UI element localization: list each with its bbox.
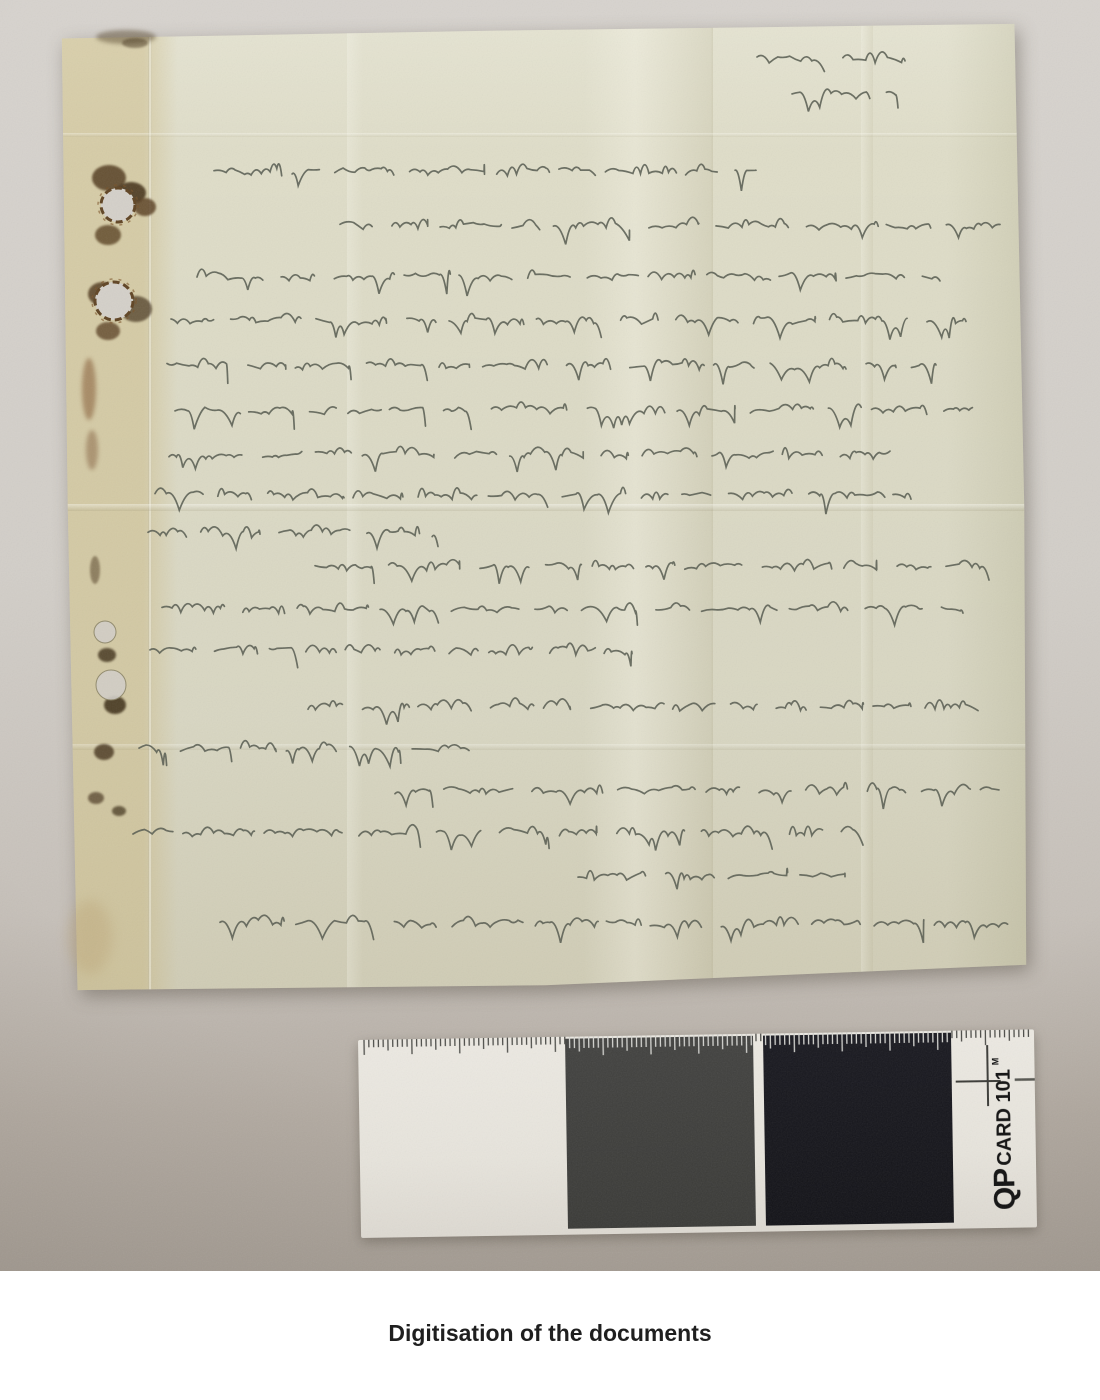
qp-calibration-card: QP CARD 101 M: [358, 1029, 1037, 1238]
qp-card-crosshair: [358, 1029, 1037, 1238]
fold-crease-horizontal: [55, 504, 1035, 511]
qp-card-trademark-glyph: M: [990, 1058, 1000, 1066]
digitised-document-page: QP CARD 101 M Digitisation of the docume…: [0, 0, 1100, 1400]
qp-card-name-text: CARD 101: [992, 1069, 1017, 1166]
letter-paper-surface: [55, 18, 1035, 993]
caption-band: Digitisation of the documents: [0, 1271, 1100, 1400]
fold-crease-vertical: [148, 18, 152, 993]
fold-crease-horizontal: [55, 133, 1035, 137]
fold-crease-vertical: [583, 18, 713, 993]
qp-card-label: QP CARD 101 M: [988, 1059, 1020, 1209]
qp-card-brand-text: QP: [988, 1169, 1023, 1211]
caption-text: Digitisation of the documents: [0, 1320, 1100, 1347]
fold-crease-horizontal: [55, 744, 1035, 750]
letter-paper: [55, 18, 1035, 993]
fold-crease-vertical: [861, 18, 873, 993]
document-photograph: QP CARD 101 M: [0, 0, 1100, 1271]
fold-crease-vertical: [347, 18, 363, 993]
